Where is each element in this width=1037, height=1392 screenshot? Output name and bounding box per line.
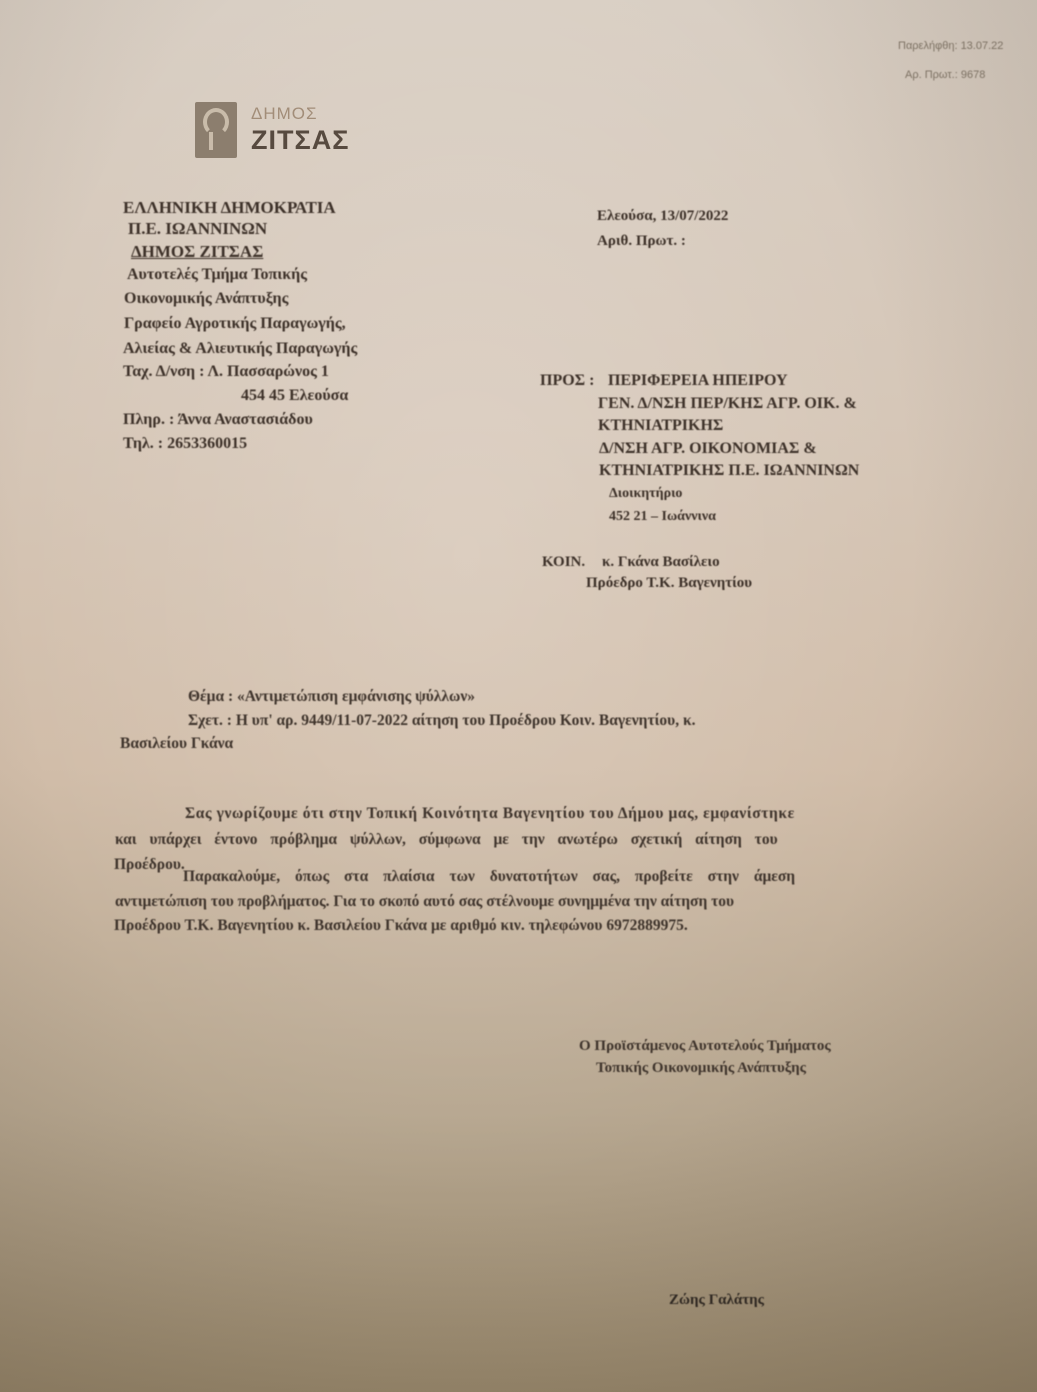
body-line: Προέδρου. [114, 856, 185, 874]
sender-line: Γραφείο Αγροτικής Παραγωγής, [124, 315, 346, 333]
recipient-line: Διοικητήριο [609, 486, 682, 502]
logo-emblem-icon [195, 102, 237, 158]
municipality-logo: ΔΗΜΟΣ ΖΙΤΣΑΣ [185, 98, 385, 168]
protocol-stamp: Αρ. Πρωτ.: 9678 [905, 69, 985, 81]
body-line: αντιμετώπιση του προβλήματος. Για το σκο… [115, 893, 734, 911]
sender-line: Οικονομικής Ανάπτυξης [124, 290, 288, 308]
body-line: και υπάρχει έντονο πρόβλημα ψύλλων, σύμφ… [115, 831, 778, 849]
signatory-title: Ο Προϊστάμενος Αυτοτελούς Τμήματος [579, 1038, 831, 1055]
reference-line: Βασιλείου Γκάνα [120, 735, 233, 753]
recipient-line: ΠΕΡΙΦΕΡΕΙΑ ΗΠΕΙΡΟΥ [608, 372, 788, 390]
body-line: Προέδρου Τ.Κ. Βαγενητίου κ. Βασιλείου Γκ… [114, 917, 688, 935]
sender-line: Πληρ. : Άννα Αναστασιάδου [123, 411, 313, 429]
recipient-line: ΚΤΗΝΙΑΤΡΙΚΗΣ [598, 417, 723, 435]
reference-line: Σχετ. : Η υπ' αρ. 9449/11-07-2022 αίτηση… [188, 712, 695, 730]
sender-line: ΕΛΛΗΝΙΚΗ ΔΗΜΟΚΡΑΤΙΑ [123, 198, 336, 218]
cc-line: Πρόεδρο Τ.Κ. Βαγενητίου [586, 575, 752, 592]
sender-line: Π.Ε. ΙΩΑΝΝΙΝΩΝ [128, 219, 267, 239]
logo-name: ΖΙΤΣΑΣ [251, 125, 349, 156]
received-stamp: Παρελήφθη: 13.07.22 [898, 40, 1003, 52]
sender-line: ΔΗΜΟΣ ΖΙΤΣΑΣ [131, 242, 263, 262]
protocol-number: Αριθ. Πρωτ. : [597, 233, 686, 250]
recipient-label: ΠΡΟΣ : [540, 372, 594, 390]
logo-dimos: ΔΗΜΟΣ [251, 104, 318, 124]
sender-line: Ταχ. Δ/νση : Λ. Πασσαρώνος 1 [123, 363, 329, 381]
recipient-line: ΚΤΗΝΙΑΤΡΙΚΗΣ Π.Ε. ΙΩΑΝΝΙΝΩΝ [599, 462, 859, 480]
cc-label: ΚΟΙΝ. [542, 554, 585, 571]
cc-line: κ. Γκάνα Βασίλειο [602, 554, 720, 571]
recipient-line: 452 21 – Ιωάννινα [609, 509, 716, 525]
sender-line: Αυτοτελές Τμήμα Τοπικής [127, 266, 307, 284]
sender-line: Αλιείας & Αλιευτικής Παραγωγής [123, 340, 357, 358]
signatory-title: Τοπικής Οικονομικής Ανάπτυξης [596, 1060, 806, 1077]
recipient-line: ΓΕΝ. Δ/ΝΣΗ ΠΕΡ/ΚΗΣ ΑΓΡ. ΟΙΚ. & [598, 395, 857, 413]
sender-line: Τηλ. : 2653360015 [123, 435, 247, 453]
signatory-name: Ζώης Γαλάτης [669, 1292, 764, 1309]
sender-line: 454 45 Ελεούσα [241, 387, 348, 405]
place-date: Ελεούσα, 13/07/2022 [597, 208, 728, 225]
body-line: Παρακαλούμε, όπως στα πλαίσια των δυνατο… [183, 868, 795, 886]
subject-line: Θέμα : «Αντιμετώπιση εμφάνισης ψύλλων» [188, 688, 475, 706]
body-line: Σας γνωρίζουμε ότι στην Τοπική Κοινότητα… [185, 805, 795, 823]
recipient-line: Δ/ΝΣΗ ΑΓΡ. ΟΙΚΟΝΟΜΙΑΣ & [599, 440, 817, 458]
